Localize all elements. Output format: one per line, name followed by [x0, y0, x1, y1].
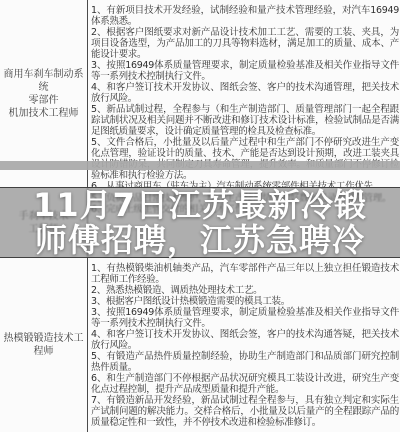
job-role-cell: 热模锻锻造技术工程师 [0, 258, 88, 432]
requirement-item: 7、有锻造新品开发经验，新品试制过程全程参与，具有独立判定和实际生产试制问题的解… [91, 395, 399, 428]
requirement-item: 5、文件合格后，小批量及以后量产过程中和生产部门不停研究改进生产变化点管理，验证… [91, 137, 399, 181]
requirement-item: 2、熟悉热模锻造、调质热处理技术工艺。 [91, 285, 399, 296]
requirement-item: 3、根据客户图纸设计热模锻造需要的模具工装。 [91, 296, 399, 307]
job-requirements-cell: 1、有新项目技术开发经验，试制经验和量产技术管理经验，对汽车16949体系熟悉。… [88, 0, 400, 187]
requirement-item: 1、有热模锻柴油机轴类产品，汽车零部件产品三年以上独立担任锻造技术工程师工作经验… [91, 263, 399, 285]
job-requirements-cell: 1、有热模锻柴油机轴类产品，汽车零部件产品三年以上独立担任锻造技术工程师工作经验… [88, 258, 400, 432]
requirement-item: 5、新品试制过程，全程参与（和生产制造部门、质量管理部门一起全程跟踪试制状况及相… [91, 104, 399, 137]
requirement-item: 4、和客户签订技术开发协议、图纸会签、客户的技术沟通管理，把关技术放行风险。 [91, 82, 399, 104]
job-row-forging-engineer: 热模锻锻造技术工程师 1、有热模锻柴油机轴类产品，汽车零部件产品三年以上独立担任… [0, 258, 400, 432]
requirement-item: 3、按照16949体系质量管理要求，制定质量检验基准及相关作业指导文件等一系列技… [91, 307, 399, 329]
requirement-item: 4、和客户签订技术开发协议、图纸会签，客户的技术沟通答疑，把关技术放行风险。 [91, 329, 399, 351]
requirement-item: 5、有锻造产品热件质量控制经验，协助生产制造部门和品质部门研究控制热件质量。 [91, 351, 399, 373]
title-overlay-banner: 11月7日江苏最新冷锻 师傅招聘，江苏急聘冷 [0, 187, 400, 258]
job-row-machining-engineer: 商用车刹车制动系统 零部件 机加技术工程师 1、有新项目技术开发经验，试制经验和… [0, 0, 400, 188]
requirement-item: 2、根据客户图纸要求对新产品设计技术加工工艺、需要的工装、夹具，为项目设备选型，… [91, 27, 399, 60]
requirement-item: 1、有新项目技术开发经验，试制经验和量产技术管理经验，对汽车16949体系熟悉。 [91, 5, 399, 27]
gray-stripe-bar [0, 161, 400, 170]
banner-title-line2: 师傅招聘，江苏急聘冷 [35, 223, 365, 258]
job-role-cell: 商用车刹车制动系统 零部件 机加技术工程师 [0, 0, 88, 187]
requirement-item: 3、按照16949体系质量管理要求，制定质量检验基准及相关作业指导文件等一系列技… [91, 60, 399, 82]
banner-title-line1: 11月7日江苏最新冷锻 [33, 188, 367, 223]
job-posting-screenshot: 商用车刹车制动系统 零部件 机加技术工程师 1、有新项目技术开发经验，试制经验和… [0, 0, 400, 432]
requirement-item: 6、和生产制造部门不停根据产品状况研究模具工装设计改进，研究生产变化点过程控制，… [91, 373, 399, 395]
